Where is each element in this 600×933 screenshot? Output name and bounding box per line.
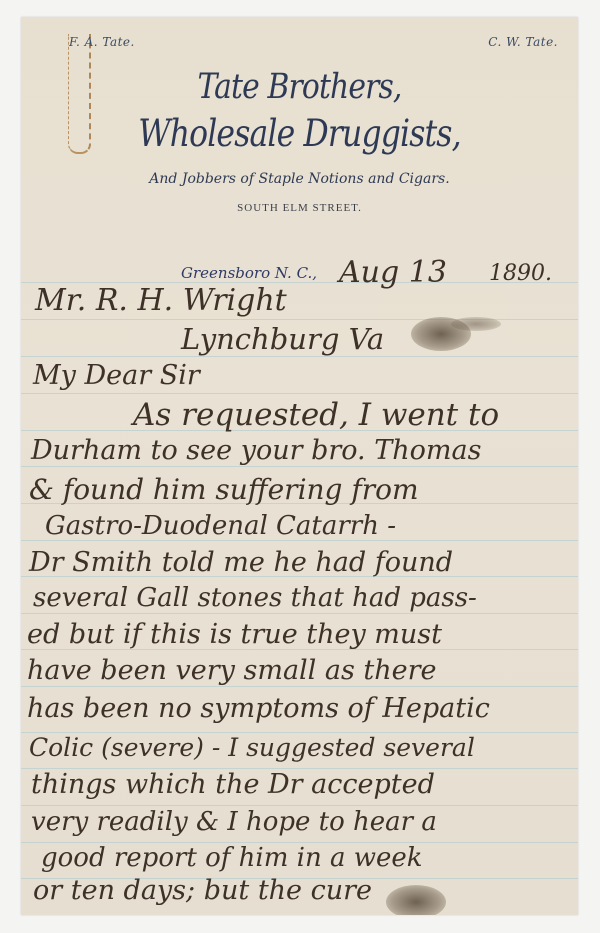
partner-name-right: C. W. Tate. (488, 35, 558, 49)
body-line: good report of him in a week (41, 843, 423, 873)
body-line: several Gall stones that had pass- (33, 583, 477, 613)
ruled-line (21, 805, 578, 806)
ruled-line (21, 356, 578, 357)
body-line: or ten days; but the cure (33, 875, 372, 906)
ink-stain (386, 885, 446, 915)
ruled-line (21, 466, 578, 467)
recipient-name: Mr. R. H. Wright (35, 283, 287, 318)
handwritten-date: Aug 13 (339, 255, 447, 290)
body-line: things which the Dr accepted (31, 769, 435, 800)
body-line: As requested, I went to (133, 397, 499, 433)
firm-description: Wholesale Druggists, (63, 112, 536, 155)
partner-name-left: F. A. Tate. (69, 35, 135, 49)
handwritten-year: 1890. (489, 261, 552, 286)
body-line: ed but if this is true they must (27, 619, 442, 650)
ink-smear (451, 317, 501, 331)
recipient-city: Lynchburg Va (181, 322, 384, 356)
body-line: has been no symptoms of Hepatic (27, 693, 490, 724)
ruled-line (21, 393, 578, 394)
body-line: Dr Smith told me he had found (29, 547, 453, 578)
salutation: My Dear Sir (33, 360, 200, 391)
letterhead-tagline: And Jobbers of Staple Notions and Cigars… (21, 171, 578, 187)
firm-name: Tate Brothers, (63, 67, 536, 107)
letter-paper: F. A. Tate. C. W. Tate. Tate Brothers, W… (21, 17, 578, 915)
printed-place: Greensboro N. C., (181, 264, 317, 282)
ruled-line (21, 613, 578, 614)
body-line: have been very small as there (27, 655, 437, 686)
body-line: Colic (severe) - I suggested several (29, 733, 475, 762)
street-address: SOUTH ELM STREET. (21, 202, 578, 214)
ruled-line (21, 686, 578, 687)
body-line: Durham to see your bro. Thomas (31, 435, 481, 466)
body-line: Gastro-Duodenal Catarrh - (45, 511, 396, 541)
body-line: very readily & I hope to hear a (31, 807, 437, 837)
body-line: & found him suffering from (29, 473, 419, 506)
